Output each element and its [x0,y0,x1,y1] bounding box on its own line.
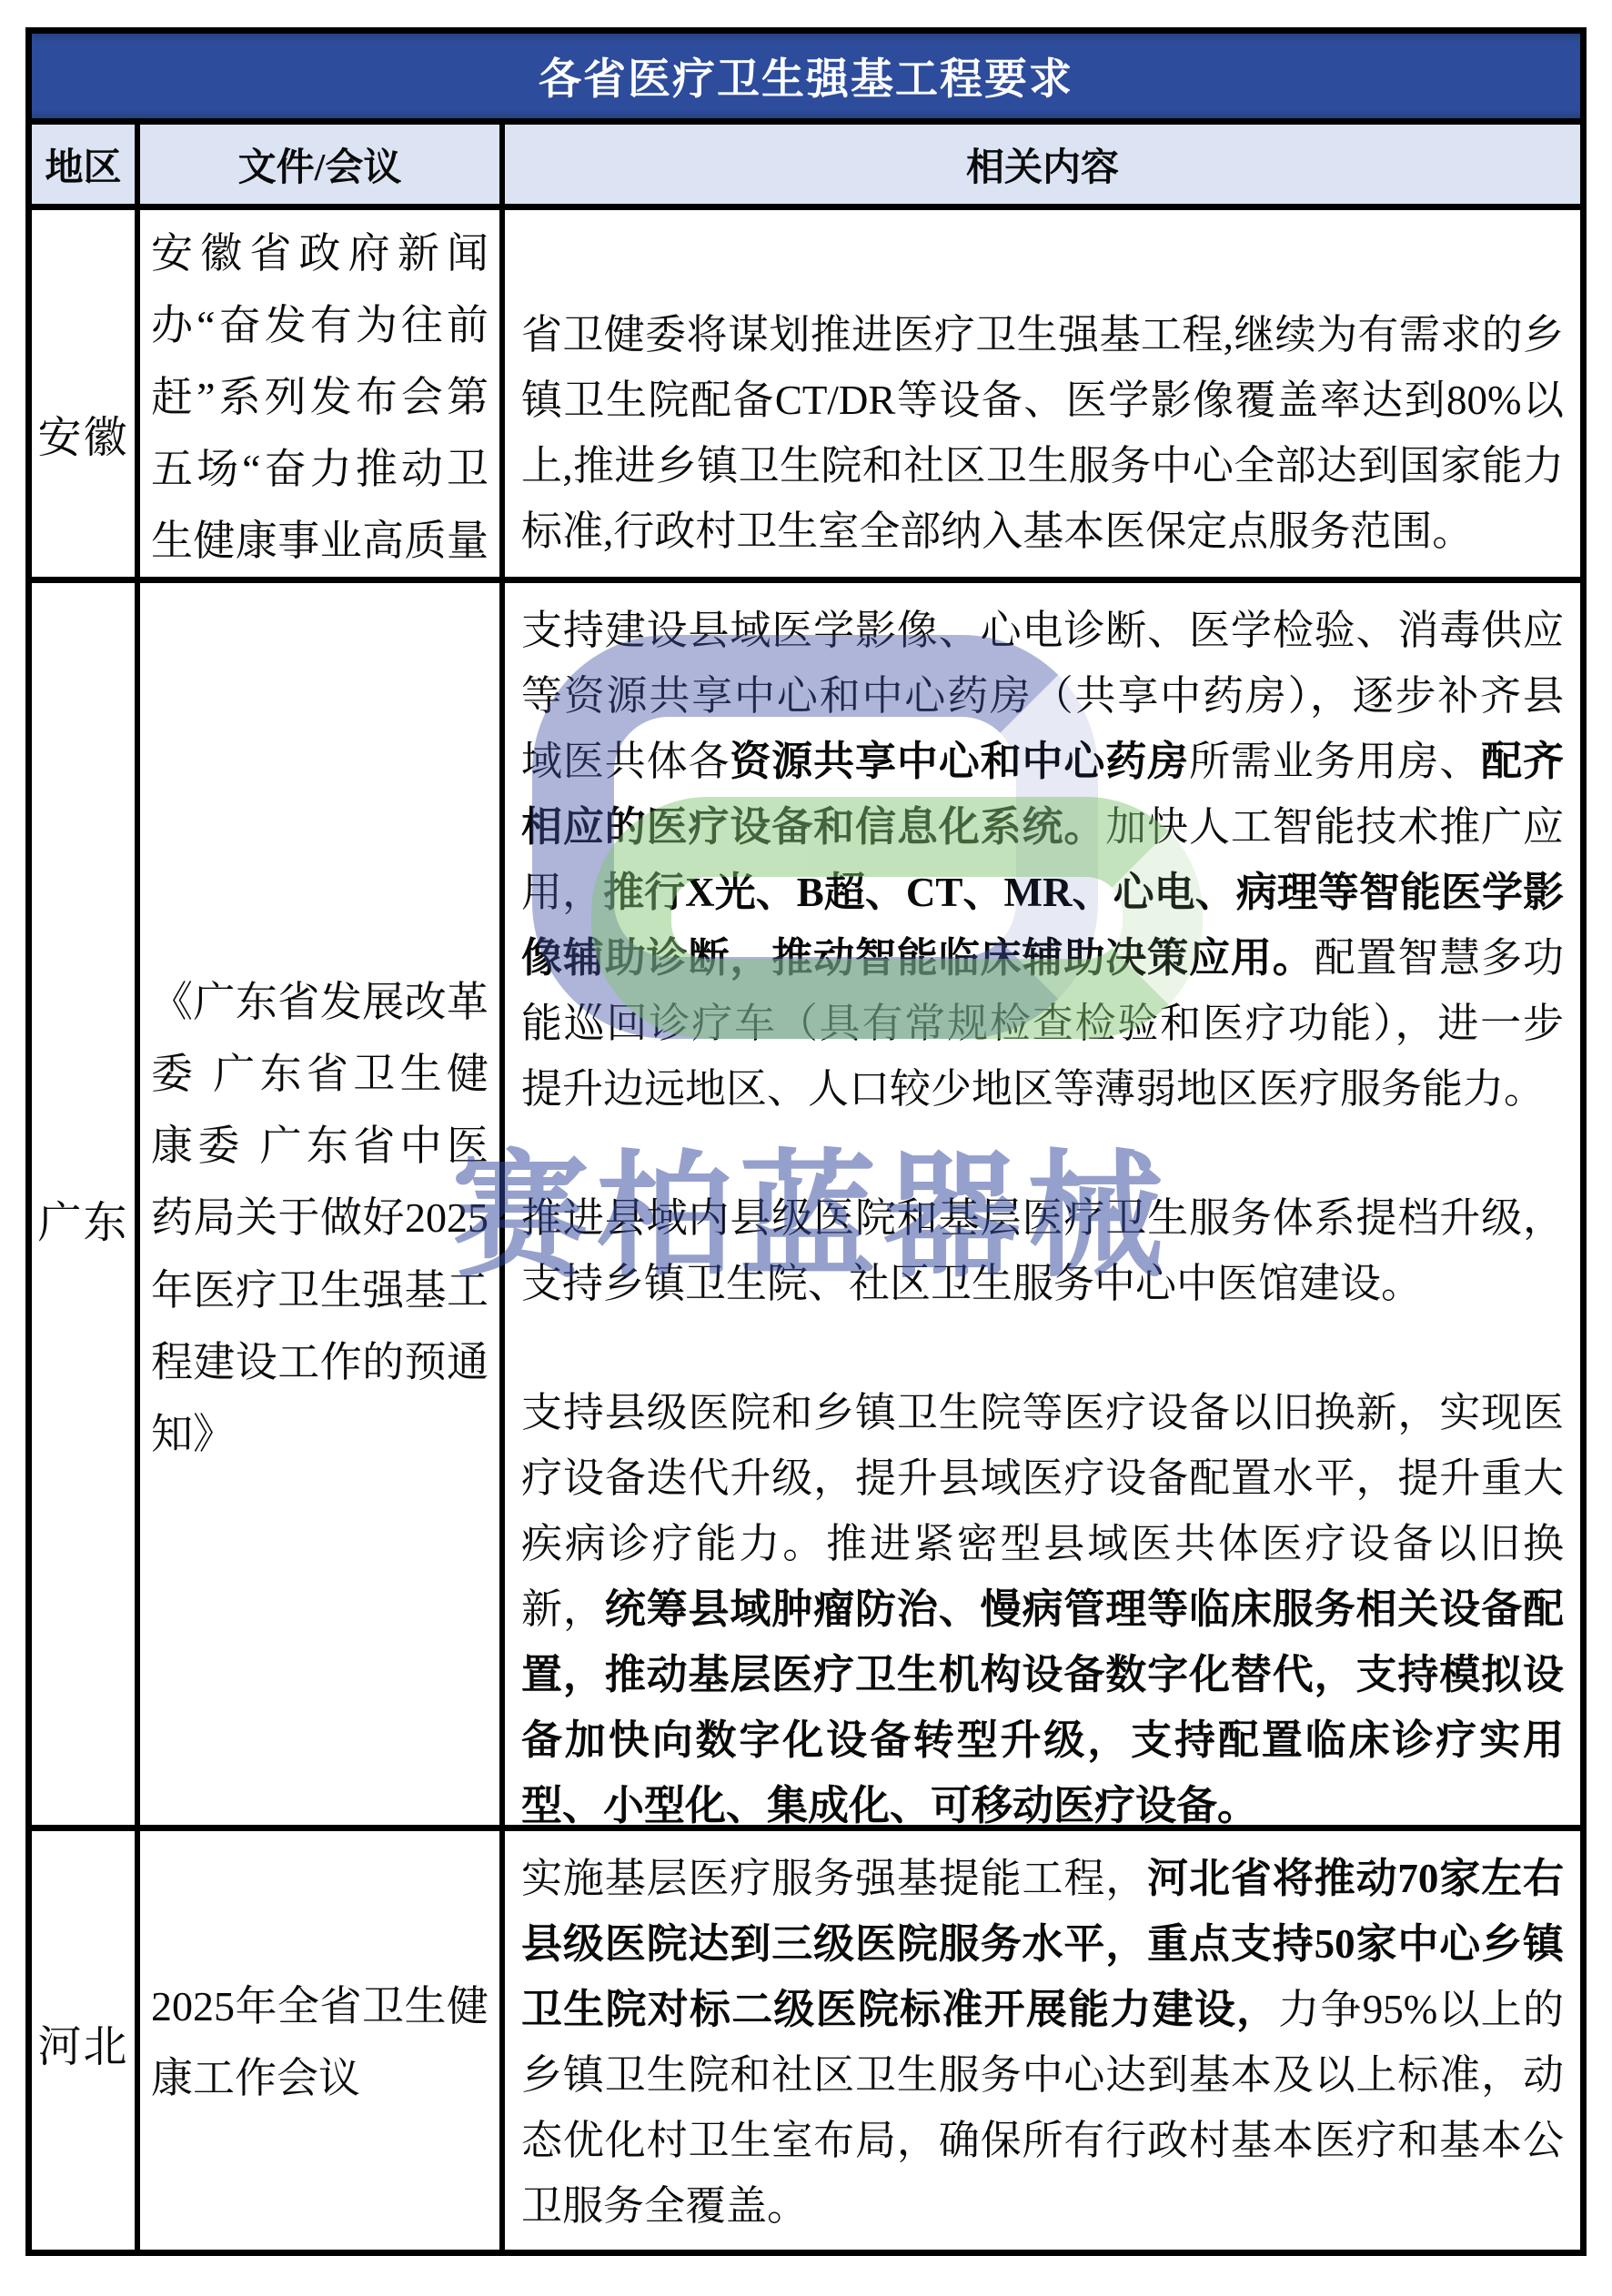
related-content: 支持建设县域医学影像、心电诊断、医学检验、消毒供应等资源共享中心和中心药房（共享… [499,583,1580,1853]
body-text: 省卫健委将谋划推进医疗卫生强基工程,继续为有需求的乡镇卫生院配备CT/DR等设备… [521,312,1564,554]
table-title-bar: 各省医疗卫生强基工程要求 [32,34,1580,125]
header-content: 相关内容 [499,125,1580,204]
related-content: 实施基层医疗服务强基提能工程，河北省将推动70家左右县级医院达到三级医院服务水平… [499,1831,1580,2253]
source-document: 2025年全省卫生健康工作会议 [135,1831,499,2253]
table-row-hebei: 河北 2025年全省卫生健康工作会议 实施基层医疗服务强基提能工程，河北省将推动… [32,1831,1580,2250]
region-label: 河北 [32,1831,135,2253]
paragraph: 支持县级医院和乡镇卫生院等医疗设备以旧换新，实现医疗设备迭代升级，提升县域医疗设… [521,1380,1564,1838]
table-header-row: 地区 文件/会议 相关内容 [32,125,1580,210]
paragraph: 推进县域内县级医院和基层医疗卫生服务体系提档升级，支持乡镇卫生院、社区卫生服务中… [521,1185,1564,1316]
paragraph: 支持建设县域医学影像、心电诊断、医学检验、消毒供应等资源共享中心和中心药房（共享… [521,598,1564,1122]
region-label: 广东 [32,583,135,1853]
body-text: 实施基层医疗服务强基提能工程， [521,1856,1147,1901]
body-text: 所需业务用房、 [1189,739,1481,784]
body-text: 推进县域内县级医院和基层医疗卫生服务体系提档升级，支持乡镇卫生院、社区卫生服务中… [521,1195,1564,1306]
emphasized-text: 统筹县域肿瘤防治、慢病管理等临床服务相关设备配置，推动基层医疗卫生机构设备数字化… [521,1586,1564,1828]
paragraph: 省卫健委将谋划推进医疗卫生强基工程,继续为有需求的乡镇卫生院配备CT/DR等设备… [521,302,1564,564]
header-region: 地区 [32,125,135,204]
table-row-anhui: 安徽 安徽省政府新闻办“奋发有为往前赶”系列发布会第五场“奋力推动卫生健康事业高… [32,210,1580,583]
table-title: 各省医疗卫生强基工程要求 [539,45,1073,106]
source-document: 《广东省发展改革委 广东省卫生健康委 广东省中医药局关于做好2025年医疗卫生强… [135,583,499,1853]
emphasized-text: 资源共享中心和中心药房 [730,739,1189,784]
table-row-guangdong: 广东 《广东省发展改革委 广东省卫生健康委 广东省中医药局关于做好2025年医疗… [32,583,1580,1831]
page: 各省医疗卫生强基工程要求 地区 文件/会议 相关内容 安徽 安徽省政府新闻办“奋… [0,0,1612,2296]
header-source: 文件/会议 [135,125,499,204]
province-requirements-table: 各省医疗卫生强基工程要求 地区 文件/会议 相关内容 安徽 安徽省政府新闻办“奋… [25,27,1587,2256]
paragraph: 实施基层医疗服务强基提能工程，河北省将推动70家左右县级医院达到三级医院服务水平… [521,1846,1564,2239]
